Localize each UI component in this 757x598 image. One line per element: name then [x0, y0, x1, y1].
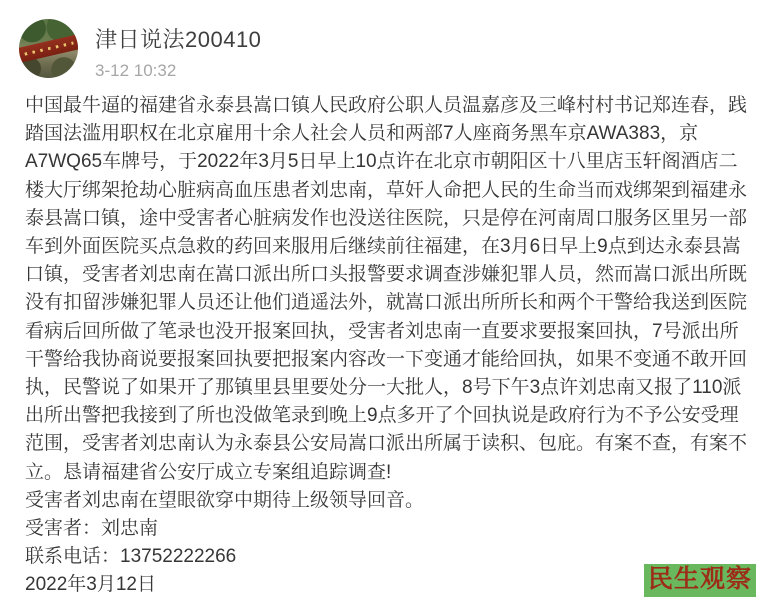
post-timestamp: 3-12 10:32: [95, 61, 261, 81]
post-body: 中国最牛逼的福建省永泰县嵩口镇人民政府公职人员温嘉彦及三峰村村书记郑连春，践踏国…: [25, 92, 747, 598]
contact-phone-line: 联系电话：13752222266: [25, 543, 747, 571]
username[interactable]: 津日说法200410: [95, 23, 261, 54]
post-text-appeal: 受害者刘忠南在望眼欲穿中期待上级领导回音。: [25, 487, 747, 515]
header-info: 津日说法200410 3-12 10:32: [95, 19, 261, 81]
post-text-main: 中国最牛逼的福建省永泰县嵩口镇人民政府公职人员温嘉彦及三峰村村书记郑连春，践踏国…: [25, 92, 747, 487]
post-page: 津日说法200410 3-12 10:32 中国最牛逼的福建省永泰县嵩口镇人民政…: [0, 0, 757, 598]
avatar-banner-decoration: [19, 33, 78, 64]
post-header: 津日说法200410 3-12 10:32: [0, 0, 757, 81]
watermark-badge: 民生观察: [644, 564, 756, 597]
user-avatar[interactable]: [19, 19, 78, 78]
post-date-line: 2022年3月12日: [25, 571, 747, 598]
victim-name-line: 受害者：刘忠南: [25, 515, 747, 543]
